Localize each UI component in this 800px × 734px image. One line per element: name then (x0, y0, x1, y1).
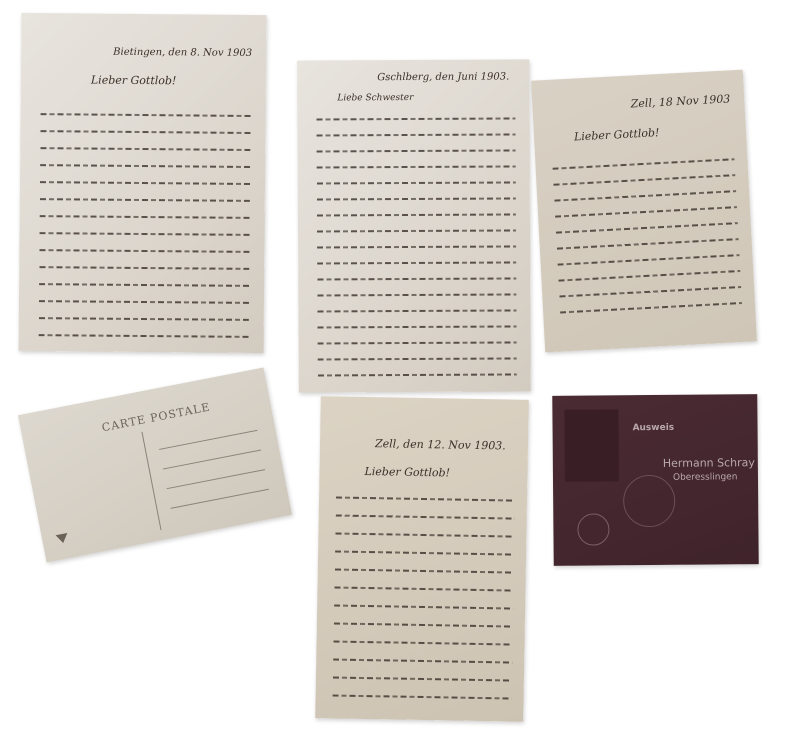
letter-top-left: Bietingen, den 8. Nov 1903 Lieber Gottlo… (19, 13, 267, 353)
photo-area (564, 409, 619, 481)
letter-bottom-center: Zell, den 12. Nov 1903. Lieber Gottlob! (315, 396, 529, 722)
id-title: Ausweis (633, 423, 675, 433)
letter-salutation: Lieber Gottlob! (364, 465, 450, 479)
postcard-title: CARTE POSTALE (101, 401, 212, 435)
letter-top-right: Zell, 18 Nov 1903 Lieber Gottlob! (531, 70, 757, 353)
letter-salutation: Lieber Gottlob! (91, 74, 177, 88)
letter-header: Gschlberg, den Juni 1903. (377, 71, 509, 83)
letter-salutation: Liebe Schwester (337, 93, 413, 103)
publisher-logo-icon (56, 533, 69, 544)
letter-header: Zell, den 12. Nov 1903. (375, 437, 506, 452)
letter-salutation: Lieber Gottlob! (574, 126, 660, 143)
id-place: Oberesslingen (673, 472, 738, 483)
id-card: Ausweis Hermann Schray Oberesslingen (552, 394, 758, 566)
postcard: CARTE POSTALE (18, 368, 292, 563)
stamp-icon (623, 475, 675, 527)
letter-header: Zell, 18 Nov 1903 (630, 92, 730, 110)
eagle-seal-icon (577, 513, 609, 545)
letter-header: Bietingen, den 8. Nov 1903 (113, 47, 252, 59)
id-name: Hermann Schray (663, 456, 755, 470)
letter-top-center: Gschlberg, den Juni 1903. Liebe Schweste… (297, 59, 531, 392)
